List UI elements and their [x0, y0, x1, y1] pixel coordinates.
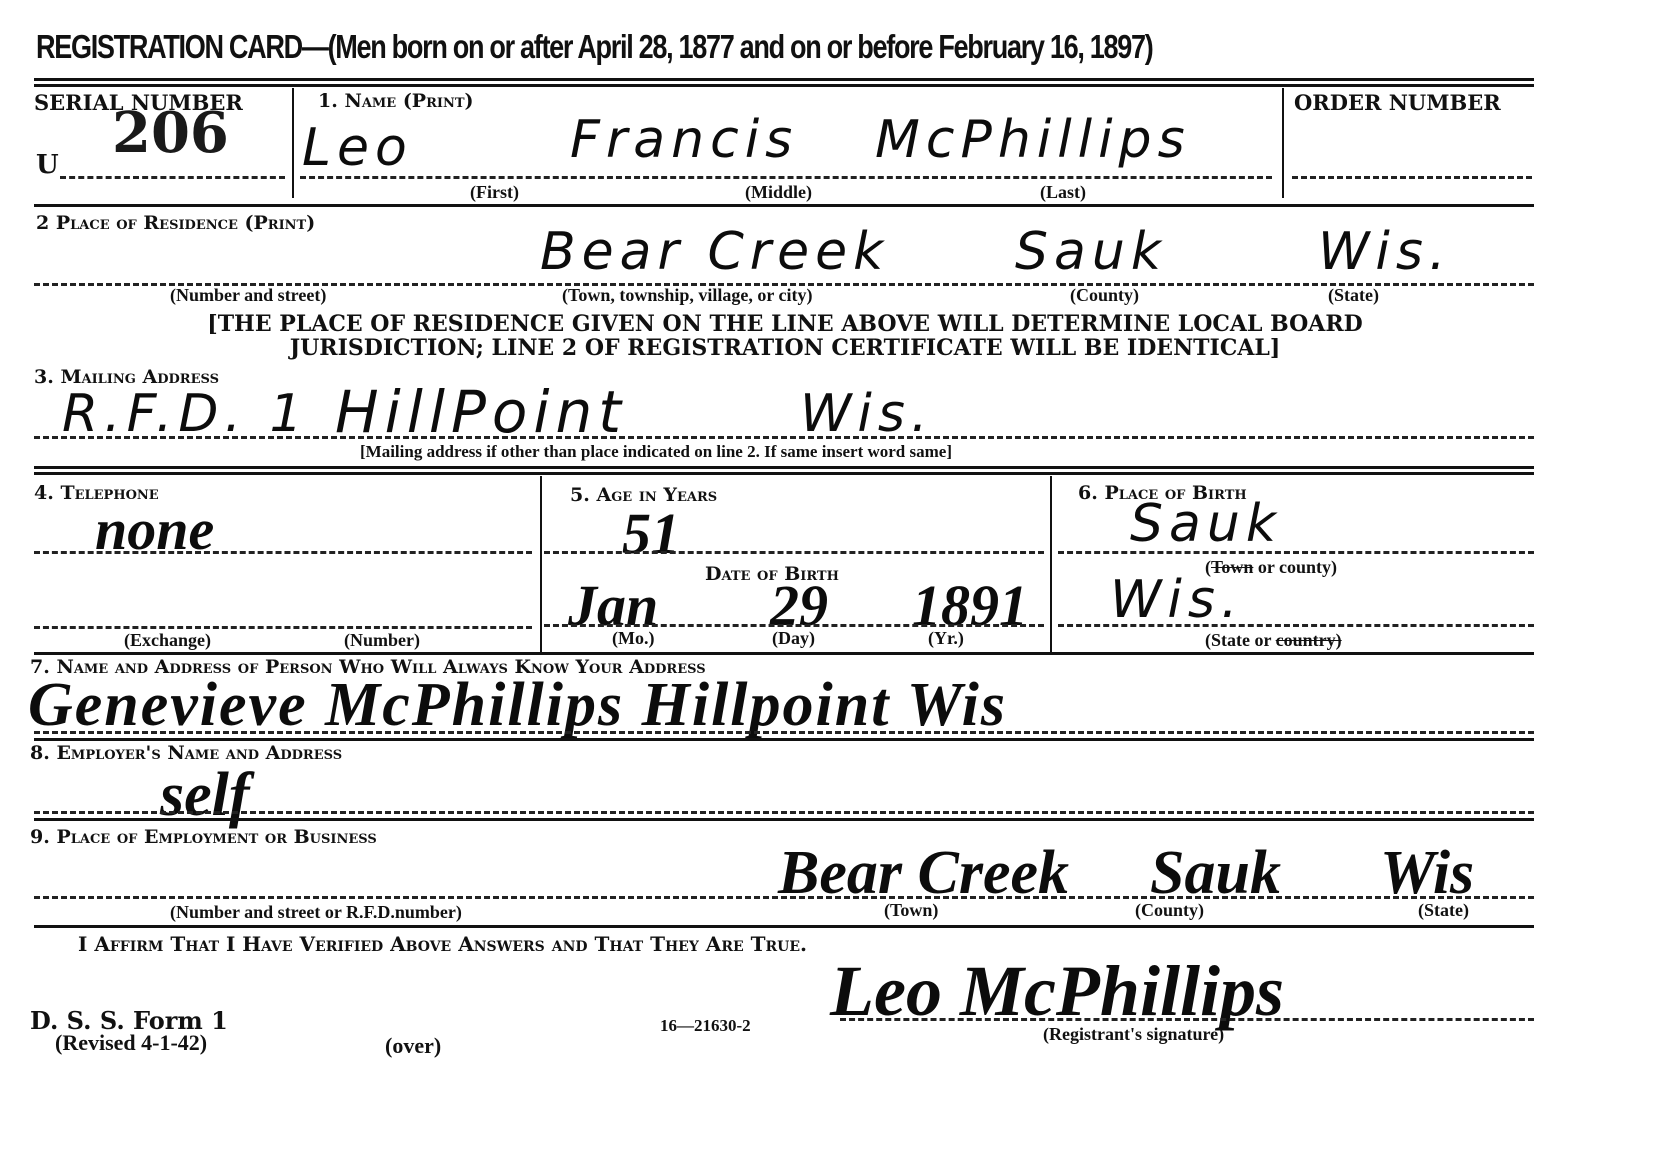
struck-country-word: country)	[1276, 630, 1342, 650]
employment-town-caption: (Town)	[884, 900, 938, 921]
telephone-exchange-caption: (Exchange)	[124, 630, 211, 651]
card-title: REGISTRATION CARD—(Men born on or after …	[36, 28, 1152, 66]
residence-county-value: Sauk	[1015, 222, 1167, 282]
name-last-caption: (Last)	[1040, 182, 1086, 203]
residence-town-value: Bear Creek	[540, 222, 889, 282]
signature-caption: (Registrant's signature)	[1043, 1024, 1224, 1045]
serial-number-prefix: U	[36, 150, 59, 180]
residence-town-caption: (Town, township, village, or city)	[562, 285, 813, 306]
form-revised: (Revised 4-1-42)	[55, 1030, 207, 1056]
serial-number-line	[60, 176, 285, 179]
residence-state-caption: (State)	[1328, 285, 1379, 306]
over-note: (over)	[385, 1033, 441, 1059]
name-middle-value: Francis	[570, 110, 798, 170]
mailing-address-rfd: R.F.D. 1	[62, 384, 309, 444]
residence-label: 2 Place of Residence (Print)	[36, 212, 315, 234]
employment-state-caption: (State)	[1418, 900, 1469, 921]
birthplace-county-line	[1058, 551, 1534, 554]
birthplace-state-caption: (State or country)	[1205, 630, 1342, 651]
mailing-address-state: Wis.	[800, 384, 933, 444]
rule	[34, 925, 1534, 928]
contact-person-line	[34, 731, 1534, 734]
name-label: 1. Name (Print)	[318, 90, 474, 112]
birth-year-caption: (Yr.)	[928, 628, 964, 649]
employer-line	[34, 811, 1534, 814]
rule	[34, 738, 1534, 741]
employment-street-caption: (Number and street or R.F.D.number)	[170, 902, 462, 923]
top-double-rule	[34, 78, 1534, 87]
residence-state-value: Wis.	[1318, 222, 1451, 282]
birthplace-state-value: Wis.	[1110, 570, 1243, 630]
order-number-line	[1292, 176, 1532, 179]
order-number-label: ORDER NUMBER	[1294, 90, 1501, 115]
name-first-value: Leo	[302, 118, 413, 178]
divider	[540, 476, 542, 652]
name-middle-caption: (Middle)	[745, 182, 812, 203]
telephone-number-caption: (Number)	[344, 630, 420, 651]
serial-number-value: 206	[112, 100, 229, 166]
affirmation-text: I Affirm That I Have Verified Above Answ…	[78, 932, 807, 956]
residence-street-caption: (Number and street)	[170, 285, 326, 306]
name-line	[300, 176, 1272, 179]
print-code: 16—21630-2	[660, 1016, 751, 1036]
rule	[34, 204, 1534, 207]
birthplace-county-value: Sauk	[1130, 494, 1282, 554]
birthplace-state-line	[1058, 624, 1534, 627]
signature-line	[840, 1018, 1534, 1021]
employment-line	[34, 896, 1534, 899]
residence-notice-line2: JURISDICTION; LINE 2 OF REGISTRATION CER…	[130, 336, 1440, 360]
mailing-address-line	[34, 436, 1534, 439]
name-last-value: McPhillips	[875, 110, 1191, 170]
telephone-line-2	[34, 626, 532, 629]
dob-line	[544, 624, 1044, 627]
residence-notice-line1: [THE PLACE OF RESIDENCE GIVEN ON THE LIN…	[130, 312, 1440, 336]
birth-day-caption: (Day)	[772, 628, 815, 649]
telephone-line	[34, 551, 532, 554]
divider	[1282, 88, 1284, 198]
divider	[292, 88, 294, 198]
age-line	[544, 551, 1044, 554]
name-first-caption: (First)	[470, 182, 519, 203]
rule	[34, 652, 1534, 655]
birth-month-caption: (Mo.)	[612, 628, 654, 649]
age-value: 51	[622, 500, 680, 567]
employment-place-label: 9. Place of Employment or Business	[30, 826, 377, 848]
employment-county-caption: (County)	[1135, 900, 1204, 921]
mailing-address-caption: [Mailing address if other than place ind…	[360, 442, 952, 462]
residence-county-caption: (County)	[1070, 285, 1139, 306]
divider	[1050, 476, 1052, 652]
section-double-rule	[34, 466, 1534, 475]
rule	[34, 818, 1534, 821]
